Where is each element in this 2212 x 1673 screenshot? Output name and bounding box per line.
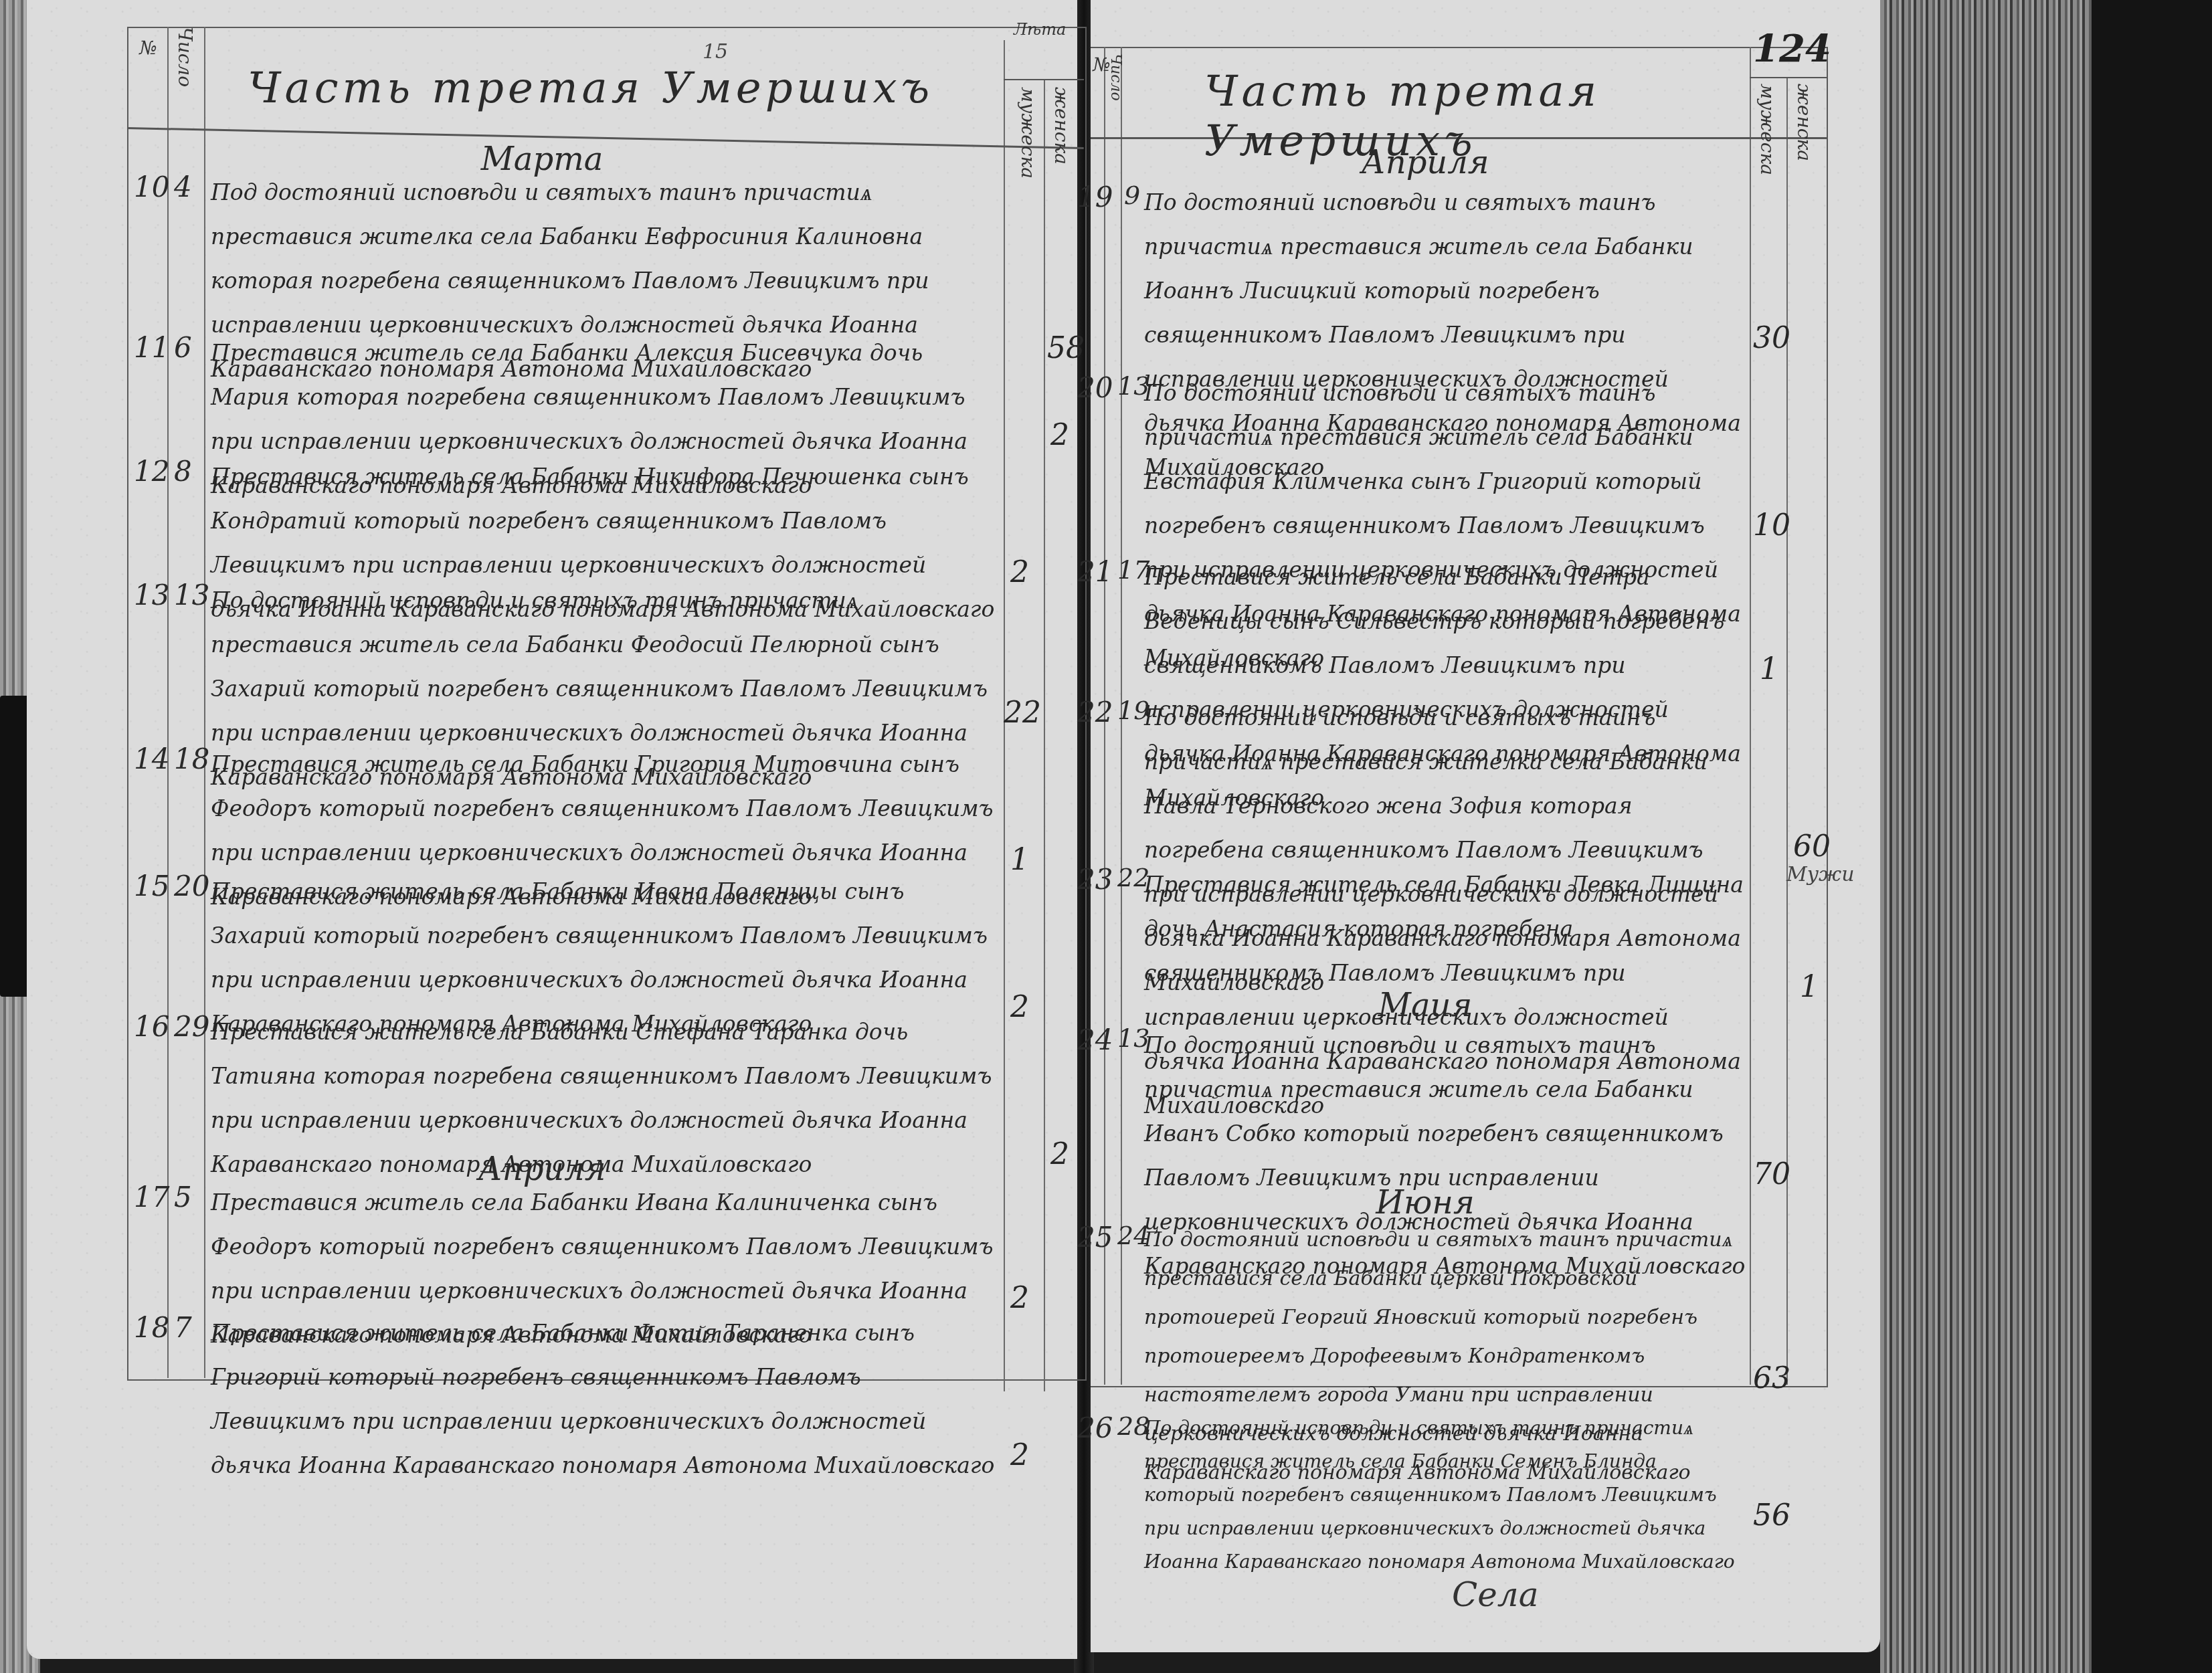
column-header-day: Число bbox=[1107, 54, 1124, 101]
month-heading-april: Априля bbox=[1291, 144, 1559, 181]
age-male: 2 bbox=[1010, 1438, 1029, 1472]
left-page: № Число Часть третая Умершихъ 15 Лѣта му… bbox=[27, 0, 1077, 1659]
footer-signature: Села bbox=[1452, 1575, 1539, 1614]
age-female: 2 bbox=[1050, 418, 1069, 452]
right-page-edges bbox=[1880, 0, 2212, 1673]
open-register-book: № Число Часть третая Умершихъ 15 Лѣта му… bbox=[0, 0, 2212, 1673]
right-page: № Число Часть третая Умершихъ 124 мужеск… bbox=[1091, 0, 1880, 1652]
age-male: 2 bbox=[1010, 1281, 1029, 1315]
column-header-female: женска bbox=[1050, 87, 1073, 165]
pencil-mark: 15 bbox=[703, 40, 728, 64]
age-male: 30 bbox=[1753, 321, 1790, 355]
age-female: 1 bbox=[1800, 970, 1819, 1004]
age-female: 2 bbox=[1050, 1137, 1069, 1171]
age-male: 63 bbox=[1753, 1361, 1790, 1395]
month-heading-june: Июня bbox=[1291, 1184, 1559, 1221]
column-header-male: мужеска bbox=[1017, 87, 1039, 179]
column-header-number: № bbox=[137, 37, 159, 59]
age-female: 60 bbox=[1793, 829, 1831, 864]
age-female: 58 bbox=[1047, 331, 1085, 365]
page-title: Часть третая Умершихъ bbox=[248, 64, 933, 113]
age-male: 1 bbox=[1010, 843, 1029, 877]
column-header-age-group: Лѣта bbox=[1014, 20, 1066, 39]
age-male: 22 bbox=[1004, 696, 1041, 730]
age-male: 2 bbox=[1010, 990, 1029, 1024]
age-male: 56 bbox=[1753, 1498, 1790, 1533]
age-male: 2 bbox=[1010, 555, 1029, 589]
month-heading-may: Маия bbox=[1291, 987, 1559, 1024]
folio-number: 124 bbox=[1753, 27, 1831, 71]
age-male: 1 bbox=[1760, 652, 1778, 686]
column-header-female: женска bbox=[1793, 84, 1815, 161]
age-male: 10 bbox=[1753, 508, 1790, 543]
margin-note: Мужи bbox=[1786, 863, 1855, 886]
column-header-male: мужеска bbox=[1756, 84, 1778, 175]
age-male: 70 bbox=[1753, 1157, 1790, 1191]
column-header-day: Число bbox=[174, 27, 196, 87]
